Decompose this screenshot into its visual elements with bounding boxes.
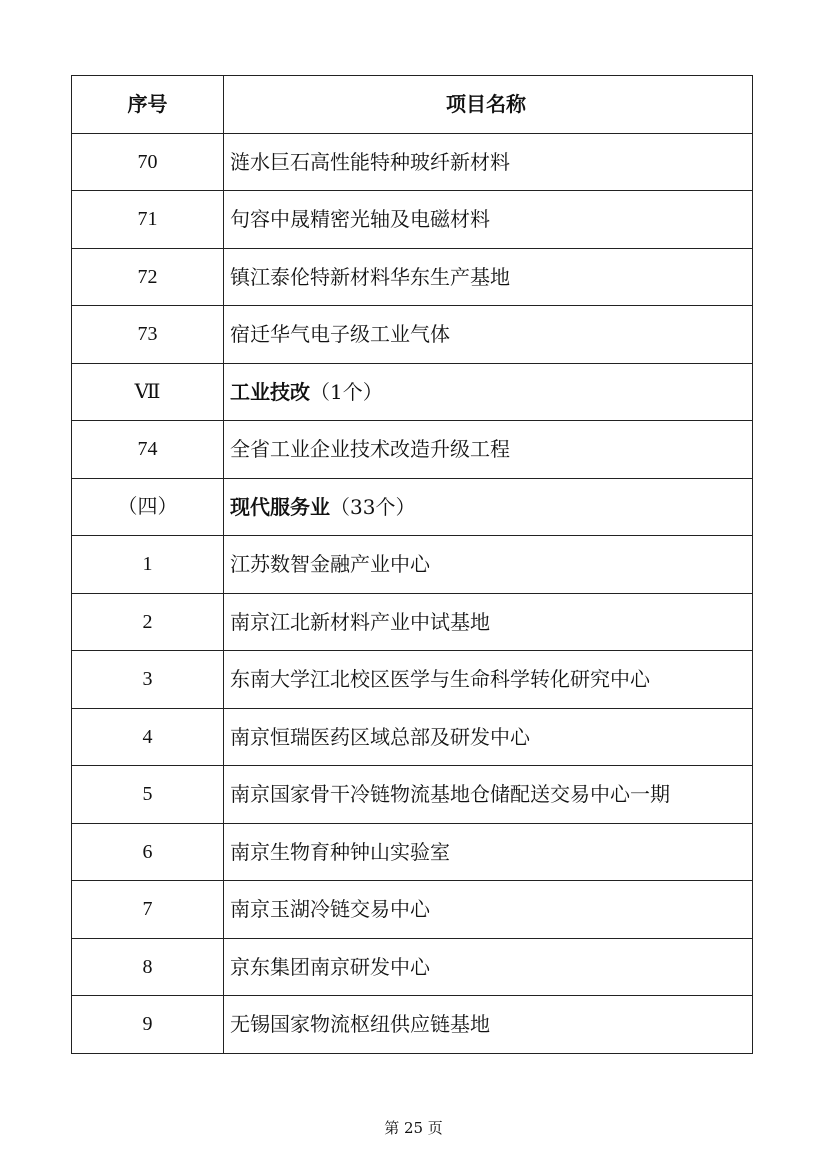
section-number: （四） [72,478,224,536]
section-row-industrial-upgrade: Ⅶ 工业技改（1个） [72,363,753,421]
section-title: 工业技改（1个） [224,363,753,421]
project-name: 镇江泰伦特新材料华东生产基地 [224,248,753,306]
section-title: 现代服务业（33个） [224,478,753,536]
table-row: 70 涟水巨石高性能特种玻纤新材料 [72,133,753,191]
section-name: 工业技改 [230,380,310,404]
row-number: 2 [72,593,224,651]
table-row: 71 句容中晟精密光轴及电磁材料 [72,191,753,249]
project-name: 全省工业企业技术改造升级工程 [224,421,753,479]
table-header-row: 序号 项目名称 [72,76,753,134]
row-number: 6 [72,823,224,881]
document-page: 序号 项目名称 70 涟水巨石高性能特种玻纤新材料 71 句容中晟精密光轴及电磁… [0,0,827,1170]
row-number: 8 [72,938,224,996]
project-name: 东南大学江北校区医学与生命科学转化研究中心 [224,651,753,709]
table-row: 1 江苏数智金融产业中心 [72,536,753,594]
row-number: 74 [72,421,224,479]
table-row: 8 京东集团南京研发中心 [72,938,753,996]
header-project-name: 项目名称 [224,76,753,134]
row-number: 7 [72,881,224,939]
row-number: 73 [72,306,224,364]
row-number: 4 [72,708,224,766]
row-number: 1 [72,536,224,594]
project-name: 南京玉湖冷链交易中心 [224,881,753,939]
section-count: （33个） [330,495,415,519]
row-number: 70 [72,133,224,191]
table-row: 2 南京江北新材料产业中试基地 [72,593,753,651]
project-name: 京东集团南京研发中心 [224,938,753,996]
project-name: 南京国家骨干冷链物流基地仓储配送交易中心一期 [224,766,753,824]
table-row: 72 镇江泰伦特新材料华东生产基地 [72,248,753,306]
project-name: 句容中晟精密光轴及电磁材料 [224,191,753,249]
project-name: 无锡国家物流枢纽供应链基地 [224,996,753,1054]
project-name: 南京江北新材料产业中试基地 [224,593,753,651]
row-number: 72 [72,248,224,306]
project-name: 南京恒瑞医药区域总部及研发中心 [224,708,753,766]
row-number: 71 [72,191,224,249]
row-number: 9 [72,996,224,1054]
table-row: 73 宿迁华气电子级工业气体 [72,306,753,364]
header-serial-number: 序号 [72,76,224,134]
section-number: Ⅶ [72,363,224,421]
project-name: 宿迁华气电子级工业气体 [224,306,753,364]
section-name: 现代服务业 [230,495,330,519]
table-row: 3 东南大学江北校区医学与生命科学转化研究中心 [72,651,753,709]
project-name: 江苏数智金融产业中心 [224,536,753,594]
table-row: 6 南京生物育种钟山实验室 [72,823,753,881]
row-number: 3 [72,651,224,709]
table-row: 4 南京恒瑞医药区域总部及研发中心 [72,708,753,766]
section-row-modern-services: （四） 现代服务业（33个） [72,478,753,536]
page-number-footer: 第 25 页 [0,1117,827,1138]
table-row: 7 南京玉湖冷链交易中心 [72,881,753,939]
section-count: （1个） [310,380,383,404]
table-row: 9 无锡国家物流枢纽供应链基地 [72,996,753,1054]
row-number: 5 [72,766,224,824]
project-name: 涟水巨石高性能特种玻纤新材料 [224,133,753,191]
table-row: 5 南京国家骨干冷链物流基地仓储配送交易中心一期 [72,766,753,824]
project-name: 南京生物育种钟山实验室 [224,823,753,881]
project-table: 序号 项目名称 70 涟水巨石高性能特种玻纤新材料 71 句容中晟精密光轴及电磁… [71,75,753,1054]
table-row: 74 全省工业企业技术改造升级工程 [72,421,753,479]
